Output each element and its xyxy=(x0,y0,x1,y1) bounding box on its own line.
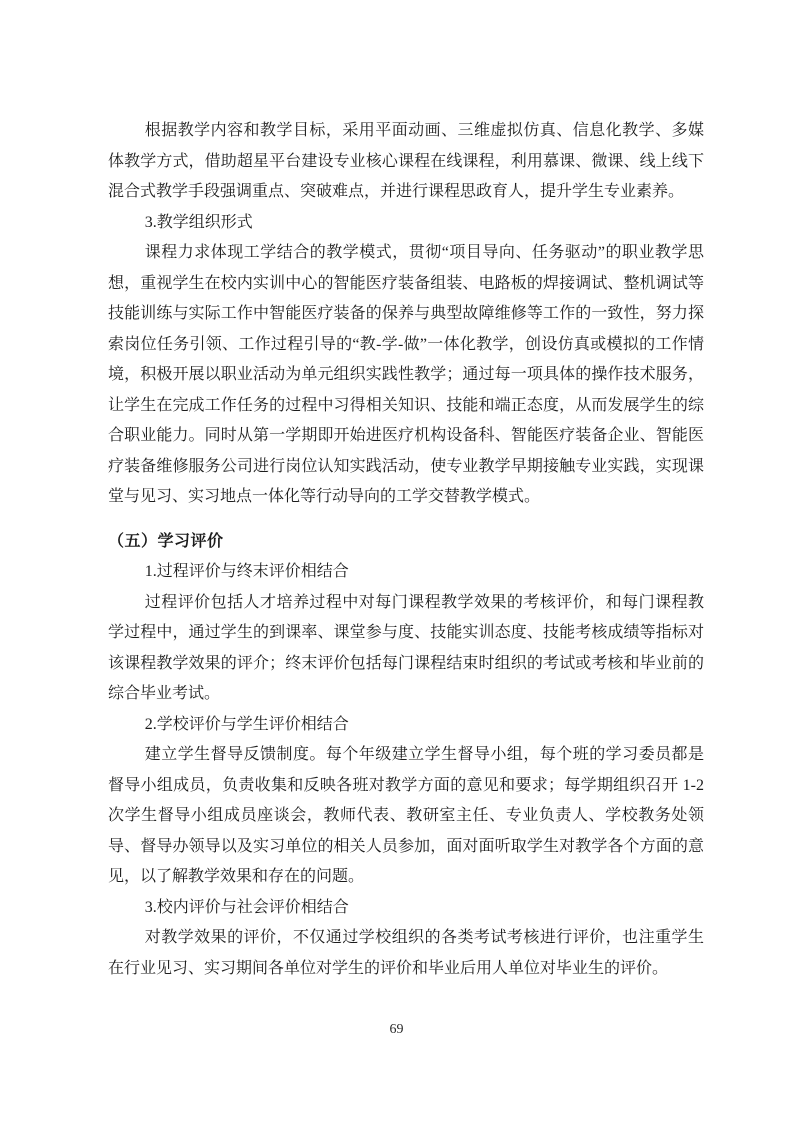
page-number: 69 xyxy=(0,1022,793,1038)
section-heading-learning-evaluation: （五）学习评价 xyxy=(108,527,704,558)
text-block: 根据教学内容和教学目标，采用平面动画、三维虚拟仿真、信息化教学、多媒体教学方式，… xyxy=(108,116,704,984)
subheading-internal-and-social-evaluation: 3.校内评价与社会评价相结合 xyxy=(108,893,704,924)
paragraph-teaching-methods: 根据教学内容和教学目标，采用平面动画、三维虚拟仿真、信息化教学、多媒体教学方式，… xyxy=(108,116,704,208)
paragraph-teaching-organization: 课程力求体现工学结合的教学模式，贯彻“项目导向、任务驱动”的职业教学思想，重视学… xyxy=(108,238,704,513)
subheading-teaching-organization: 3.教学组织形式 xyxy=(108,208,704,239)
paragraph-process-and-final-evaluation: 过程评价包括人才培养过程中对每门课程教学效果的考核评价，和每门课程教学过程中，通… xyxy=(108,588,704,710)
document-page: 根据教学内容和教学目标，采用平面动画、三维虚拟仿真、信息化教学、多媒体教学方式，… xyxy=(0,0,793,1122)
paragraph-school-and-student-evaluation: 建立学生督导反馈制度。每个年级建立学生督导小组，每个班的学习委员都是督导小组成员… xyxy=(108,740,704,893)
subheading-school-and-student-evaluation: 2.学校评价与学生评价相结合 xyxy=(108,710,704,741)
paragraph-internal-and-social-evaluation: 对教学效果的评价，不仅通过学校组织的各类考试考核进行评价，也注重学生在行业见习、… xyxy=(108,923,704,984)
subheading-process-and-final-evaluation: 1.过程评价与终末评价相结合 xyxy=(108,557,704,588)
